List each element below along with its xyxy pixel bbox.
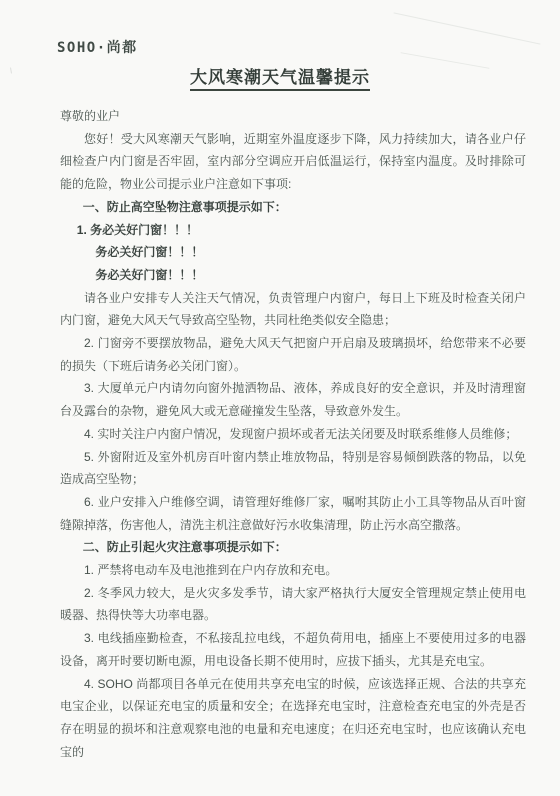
warning-line-3: 务必关好门窗！！！ — [60, 264, 526, 287]
title-row: 大风寒潮天气温馨提示 — [0, 68, 560, 91]
section-1-paragraph-5: 5. 外窗附近及室外机房百叶窗内禁止堆放物品，特别是容易倾倒跌落的物品，以免造成… — [60, 446, 526, 491]
section-1-heading: 一、防止高空坠物注意事项提示如下： — [60, 196, 526, 219]
section-2-heading: 二、防止引起火灾注意事项提示如下： — [60, 536, 526, 559]
document-page: SOHO·尚都 大风寒潮天气温馨提示 尊敬的业户 您好！受大风寒潮天气影响，近期… — [0, 0, 560, 796]
document-body: 尊敬的业户 您好！受大风寒潮天气影响，近期室外温度逐步下降，风力持续加大，请各业… — [60, 105, 526, 763]
scan-artifact — [394, 12, 541, 44]
section-1-paragraph-1: 请各业户安排专人关注天气情况，负责管理户内窗户，每日上下班及时检查关闭户内门窗，… — [60, 287, 526, 332]
section-2-paragraph-2: 2. 冬季风力较大，是火灾多发季节，请大家严格执行大厦安全管理规定禁止使用电暖器… — [60, 582, 526, 627]
section-1-paragraph-3: 3. 大厦单元户内请勿向窗外抛洒物品、液体，养成良好的安全意识，并及时清理窗台及… — [60, 377, 526, 422]
section-1-paragraph-4: 4. 实时关注户内窗户情况，发现窗户损坏或者无法关闭要及时联系维修人员维修； — [60, 423, 526, 446]
warning-line-2: 务必关好门窗！！！ — [60, 241, 526, 264]
section-2-paragraph-4: 4. SOHO 尚都项目各单元在使用共享充电宝的时候，应该选择正规、合法的共享充… — [60, 673, 526, 764]
scan-artifact — [401, 52, 490, 69]
intro-paragraph: 您好！受大风寒潮天气影响，近期室外温度逐步下降，风力持续加大，请各业户仔细检查户… — [60, 128, 526, 196]
warning-line-1: 1. 务必关好门窗！！！ — [60, 219, 526, 242]
section-2-paragraph-1: 1. 严禁将电动车及电池推到在户内存放和充电。 — [60, 559, 526, 582]
salutation: 尊敬的业户 — [60, 105, 526, 128]
section-2-paragraph-3: 3. 电线插座勤检查，不私接乱拉电线，不超负荷用电，插座上不要使用过多的电器设备… — [60, 627, 526, 672]
section-1-paragraph-2: 2. 门窗旁不要摆放物品，避免大风天气把窗户开启扇及玻璃损坏，给您带来不必要的损… — [60, 332, 526, 377]
section-1-paragraph-6: 6. 业户安排入户维修空调，请管理好维修厂家，嘱咐其防止小工具等物品从百叶窗缝隙… — [60, 491, 526, 536]
document-title: 大风寒潮天气温馨提示 — [190, 68, 370, 91]
company-logo: SOHO·尚都 — [57, 37, 138, 57]
